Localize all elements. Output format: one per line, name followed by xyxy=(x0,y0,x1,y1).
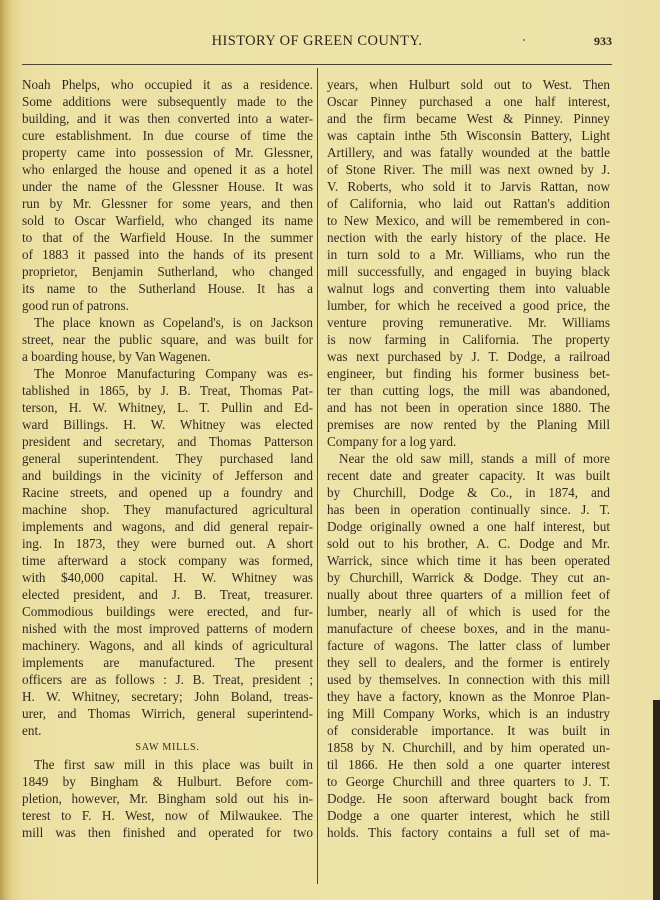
text-line: Some additions were subsequently made to… xyxy=(22,93,313,110)
text-line: ent. xyxy=(22,722,313,739)
text-line: premises are now rented by the Planing M… xyxy=(327,416,610,433)
text-line: time afterward a stock company was forme… xyxy=(22,552,313,569)
text-line: was captain inthe 5th Wisconsin Battery,… xyxy=(327,127,610,144)
scan-speck xyxy=(523,39,525,41)
text-line: nually about three quarters of a million… xyxy=(327,586,610,603)
text-line: years, when Hulburt sold out to West. Th… xyxy=(327,76,610,93)
text-line: nished with the most improved patterns o… xyxy=(22,620,313,637)
text-line: good run of patrons. xyxy=(22,297,313,314)
text-line: is now farming in California. The proper… xyxy=(327,331,610,348)
text-line: president and secretary, and Thomas Patt… xyxy=(22,433,313,450)
text-line: facture of wagons. The latter class of l… xyxy=(327,637,610,654)
text-line: and buildings in the vicinity of Jeffers… xyxy=(22,467,313,484)
text-line: building, and it was then converted into… xyxy=(22,110,313,127)
text-line: to George Churchill and three quarters t… xyxy=(327,773,610,790)
binding-shadow xyxy=(0,0,10,900)
text-line: sold to Oscar Warfield, who changed its … xyxy=(22,212,313,229)
text-line: engineer, but finding his former busines… xyxy=(327,365,610,382)
text-line: cure establishment. In due course of tim… xyxy=(22,127,313,144)
text-line: Dodge. He soon afterward bought back fro… xyxy=(327,790,610,807)
text-line: pletion, however, Mr. Bingham sold out h… xyxy=(22,790,313,807)
header-rule xyxy=(22,64,612,65)
text-line: tablished in 1865, by J. B. Treat, Thoma… xyxy=(22,382,313,399)
text-line: implements and wagons, and did general r… xyxy=(22,518,313,535)
text-line: proprietor, Benjamin Sutherland, who cha… xyxy=(22,263,313,280)
text-line: of California, who laid out Rattan's add… xyxy=(327,195,610,212)
text-line: 1849 by Bingham & Hulburt. Before com- xyxy=(22,773,313,790)
text-line: recent date and greater capacity. It was… xyxy=(327,467,610,484)
right-column: years, when Hulburt sold out to West. Th… xyxy=(327,76,610,841)
text-line: mill was then finished and operated for … xyxy=(22,824,313,841)
text-line: urer, and Thomas Wirrich, general superi… xyxy=(22,705,313,722)
text-line: property came into possession of Mr. Gle… xyxy=(22,144,313,161)
text-line: Noah Phelps, who occupied it as a reside… xyxy=(22,76,313,93)
text-line: they have a factory, known as the Monroe… xyxy=(327,688,610,705)
text-line: holds. This factory contains a full set … xyxy=(327,824,610,841)
text-line: machinery. Wagons, and all kinds of agri… xyxy=(22,637,313,654)
text-line: sold out to his brother, A. C. Dodge and… xyxy=(327,535,610,552)
text-line: to New Mexico, and will be remembered in… xyxy=(327,212,610,229)
section-heading: SAW MILLS. xyxy=(22,739,313,756)
text-line: a boarding house, by Van Wagenen. xyxy=(22,348,313,365)
text-line: ter than cutting logs, the mill was aban… xyxy=(327,382,610,399)
page-number: 933 xyxy=(594,34,612,49)
text-line: walnut logs and converting them into val… xyxy=(327,280,610,297)
text-line: mill successfully, and engaged in buying… xyxy=(327,263,610,280)
text-line: Near the old saw mill, stands a mill of … xyxy=(327,450,610,467)
text-line: Oscar Pinney purchased a one half intere… xyxy=(327,93,610,110)
text-line: under the name of the Glessner House. It… xyxy=(22,178,313,195)
text-line: manufacture of cheese boxes, and in the … xyxy=(327,620,610,637)
text-line: has been in operation continually since.… xyxy=(327,501,610,518)
text-line: terest to F. H. West, now of Milwaukee. … xyxy=(22,807,313,824)
text-line: venture proving remunerative. Mr. Willia… xyxy=(327,314,610,331)
text-line: used by themselves. In connection with t… xyxy=(327,671,610,688)
text-line: they sell to dealers, and the former is … xyxy=(327,654,610,671)
text-line: Artillery, and was fatally wounded at th… xyxy=(327,144,610,161)
text-line: Company for a log yard. xyxy=(327,433,610,450)
text-line: V. Roberts, who sold it to Jarvis Rattan… xyxy=(327,178,610,195)
text-line: Dodge a one quarter interest, which he s… xyxy=(327,807,610,824)
text-line: implements are manufactured. The present xyxy=(22,654,313,671)
text-line: The Monroe Manufacturing Company was es- xyxy=(22,365,313,382)
text-line: 1858 by N. Churchill, and by him operate… xyxy=(327,739,610,756)
text-line: Commodious buildings were erected, and f… xyxy=(22,603,313,620)
text-line: H. W. Whitney, secretary; John Boland, t… xyxy=(22,688,313,705)
text-line: ing. In 1873, they were burned out. A sh… xyxy=(22,535,313,552)
book-page: HISTORY OF GREEN COUNTY. 933 Noah Phelps… xyxy=(0,0,660,900)
text-line: The first saw mill in this place was bui… xyxy=(22,756,313,773)
text-line: terson, H. W. Whitney, L. T. Pullin and … xyxy=(22,399,313,416)
text-line: machine shop. They manufactured agricult… xyxy=(22,501,313,518)
running-header: HISTORY OF GREEN COUNTY. 933 xyxy=(22,33,612,53)
text-line: was next purchased by J. T. Dodge, a rai… xyxy=(327,348,610,365)
text-line: of considerable importance. It was built… xyxy=(327,722,610,739)
text-line: The place known as Copeland's, is on Jac… xyxy=(22,314,313,331)
text-line: by Churchill, Dodge & Co., in 1874, and xyxy=(327,484,610,501)
text-line: with $40,000 capital. H. W. Whitney was xyxy=(22,569,313,586)
text-line: who enlarged the house and opened it as … xyxy=(22,161,313,178)
text-line: nection with the early history of the pl… xyxy=(327,229,610,246)
text-line: til 1866. He then sold a one quarter int… xyxy=(327,756,610,773)
text-line: of Stone River. The mill was next owned … xyxy=(327,161,610,178)
text-line: Racine streets, and opened up a foundry … xyxy=(22,484,313,501)
text-line: lumber, for which he received a good pri… xyxy=(327,297,610,314)
text-line: to that of the Warfield House. In the su… xyxy=(22,229,313,246)
text-line: ward Billings. H. W. Whitney was elected xyxy=(22,416,313,433)
text-line: street, near the public square, and was … xyxy=(22,331,313,348)
text-line: its name to the Sutherland House. It has… xyxy=(22,280,313,297)
text-line: and the firm became West & Pinney. Pinne… xyxy=(327,110,610,127)
text-line: in turn sold to a Mr. Williams, who run … xyxy=(327,246,610,263)
text-line: of 1883 it passed into the hands of its … xyxy=(22,246,313,263)
text-line: by Churchill, Warrick & Dodge. They cut … xyxy=(327,569,610,586)
left-column: Noah Phelps, who occupied it as a reside… xyxy=(22,76,313,841)
text-line: lumber, nearly all of which is used for … xyxy=(327,603,610,620)
text-line: general superintendent. They purchased l… xyxy=(22,450,313,467)
text-line: elected president, and J. B. Treat, trea… xyxy=(22,586,313,603)
text-line: Warrick, since which time it has been op… xyxy=(327,552,610,569)
text-line: run by Mr. Glessner for some years, and … xyxy=(22,195,313,212)
text-line: ing Mill Company Works, which is an indu… xyxy=(327,705,610,722)
text-line: Dodge originally owned a one half intere… xyxy=(327,518,610,535)
text-line: and has not been in operation since 1880… xyxy=(327,399,610,416)
column-divider xyxy=(317,68,318,884)
text-line: officers are as follows : J. B. Treat, p… xyxy=(22,671,313,688)
running-title: HISTORY OF GREEN COUNTY. xyxy=(22,33,612,51)
page-edge xyxy=(653,700,660,900)
